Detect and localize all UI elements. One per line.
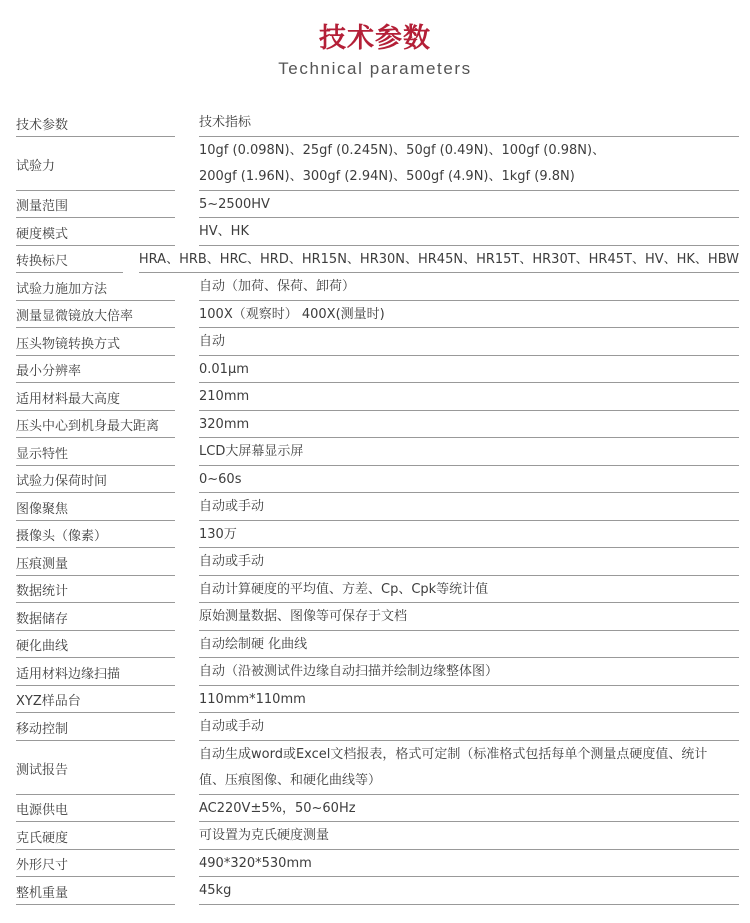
table-row: 适用材料边缘扫描自动（沿被测试件边缘自动扫描并绘制边缘整体图） [16,658,739,686]
param-value-line: HV、HK [199,219,739,245]
param-value: 45kg [199,877,739,905]
param-name: 硬化曲线 [16,631,175,659]
param-value: 110mm*110mm [199,686,739,714]
param-value: 210mm [199,383,739,411]
param-value: 自动或手动 [199,548,739,576]
table-row: 测量显微镜放大倍率100X（观察时） 400X(测量时) [16,301,739,329]
table-row: 移动控制自动或手动 [16,713,739,741]
param-value-line: 原始测量数据、图像等可保存于文档 [199,604,739,630]
param-name: 克氏硬度 [16,822,175,850]
param-value-line: AC220V±5%，50~60Hz [199,796,739,822]
page-title: 技术参数 [0,22,750,56]
table-row: 试验力10gf (0.098N)、25gf (0.245N)、50gf (0.4… [16,137,739,191]
table-row: 试验力施加方法自动（加荷、保荷、卸荷） [16,273,739,301]
page-header: 技术参数 Technical parameters [0,0,750,80]
table-row: 数据储存原始测量数据、图像等可保存于文档 [16,603,739,631]
param-value-line: 自动或手动 [199,494,739,520]
param-value: 5~2500HV [199,191,739,219]
table-row: 转换标尺HRA、HRB、HRC、HRD、HR15N、HR30N、HR45N、HR… [16,246,739,274]
table-row: 测试报告自动生成word或Excel文档报表，格式可定制（标准格式包括每单个测量… [16,741,739,795]
param-name: 适用材料最大高度 [16,383,175,411]
param-name: 转换标尺 [16,246,123,274]
param-value-line: 0.01μm [199,357,739,383]
param-name: 显示特性 [16,438,175,466]
param-value-line: 自动或手动 [199,714,739,740]
param-value-line: 可设置为克氏硬度测量 [199,823,739,849]
param-value-line: 自动或手动 [199,549,739,575]
param-value-line: 自动（沿被测试件边缘自动扫描并绘制边缘整体图） [199,659,739,685]
param-name: 整机重量 [16,877,175,905]
param-value-line: 自动 [199,329,739,355]
param-value: 自动 [199,328,739,356]
page-subtitle: Technical parameters [0,58,750,80]
table-row: 摄像头（像素）130万 [16,521,739,549]
param-value-line: HRA、HRB、HRC、HRD、HR15N、HR30N、HR45N、HR15T、… [139,247,739,273]
param-value-line: 45kg [199,878,739,904]
param-value-line: 自动（加荷、保荷、卸荷） [199,274,739,300]
param-value: HV、HK [199,218,739,246]
table-header-row: 技术参数 技术指标 [16,109,739,137]
param-name: 测量显微镜放大倍率 [16,301,175,329]
param-value-line: 值、压痕图像、和硬化曲线等） [199,768,739,794]
param-name: 压痕测量 [16,548,175,576]
param-value: 自动生成word或Excel文档报表，格式可定制（标准格式包括每单个测量点硬度值… [199,741,739,795]
param-value-line: 210mm [199,384,739,410]
table-row: 测量范围5~2500HV [16,191,739,219]
param-name: 图像聚焦 [16,493,175,521]
param-value: 130万 [199,521,739,549]
table-row: 显示特性LCD大屏幕显示屏 [16,438,739,466]
param-name: 测量范围 [16,191,175,219]
param-name: 数据储存 [16,603,175,631]
param-value-line: 110mm*110mm [199,687,739,713]
param-value-line: 自动绘制硬 化曲线 [199,632,739,658]
table-row: 电源供电AC220V±5%，50~60Hz [16,795,739,823]
column-header-spec: 技术指标 [199,109,739,137]
table-row: 压头中心到机身最大距离320mm [16,411,739,439]
param-name: 外形尺寸 [16,850,175,878]
param-name: 硬度模式 [16,218,175,246]
param-value-line: 100X（观察时） 400X(测量时) [199,302,739,328]
param-name: 试验力保荷时间 [16,466,175,494]
param-name: 数据统计 [16,576,175,604]
column-header-parameter: 技术参数 [16,109,175,137]
table-row: 图像聚焦自动或手动 [16,493,739,521]
param-value-line: 130万 [199,522,739,548]
table-row: 外形尺寸490*320*530mm [16,850,739,878]
param-name: 摄像头（像素） [16,521,175,549]
param-name: 压头中心到机身最大距离 [16,411,175,439]
table-row: 压痕测量自动或手动 [16,548,739,576]
param-name: 压头物镜转换方式 [16,328,175,356]
param-value-line: 0~60s [199,467,739,493]
param-value: HRA、HRB、HRC、HRD、HR15N、HR30N、HR45N、HR15T、… [139,246,739,274]
param-value-line: 200gf (1.96N)、300gf (2.94N)、500gf (4.9N)… [199,164,739,190]
param-name: 试验力 [16,137,175,191]
table-row: 硬度模式HV、HK [16,218,739,246]
param-value: 原始测量数据、图像等可保存于文档 [199,603,739,631]
param-name: 适用材料边缘扫描 [16,658,175,686]
param-value: 10gf (0.098N)、25gf (0.245N)、50gf (0.49N)… [199,137,739,191]
table-row: 克氏硬度可设置为克氏硬度测量 [16,822,739,850]
spec-table: 技术参数 技术指标 试验力10gf (0.098N)、25gf (0.245N)… [16,109,739,905]
param-value: 320mm [199,411,739,439]
param-value: 自动（沿被测试件边缘自动扫描并绘制边缘整体图） [199,658,739,686]
param-value: 自动或手动 [199,713,739,741]
table-row: 适用材料最大高度210mm [16,383,739,411]
param-value: 自动绘制硬 化曲线 [199,631,739,659]
table-row: 整机重量45kg [16,877,739,905]
param-value: LCD大屏幕显示屏 [199,438,739,466]
table-row: XYZ样品台110mm*110mm [16,686,739,714]
param-value-line: 自动生成word或Excel文档报表，格式可定制（标准格式包括每单个测量点硬度值… [199,742,739,768]
table-row: 压头物镜转换方式自动 [16,328,739,356]
param-value: 100X（观察时） 400X(测量时) [199,301,739,329]
param-value: 可设置为克氏硬度测量 [199,822,739,850]
param-name: 移动控制 [16,713,175,741]
param-value-line: 320mm [199,412,739,438]
param-value: 0.01μm [199,356,739,384]
param-name: XYZ样品台 [16,686,175,714]
table-row: 硬化曲线自动绘制硬 化曲线 [16,631,739,659]
param-value-line: 自动计算硬度的平均值、方差、Cp、Cpk等统计值 [199,577,739,603]
param-name: 试验力施加方法 [16,273,175,301]
table-row: 数据统计自动计算硬度的平均值、方差、Cp、Cpk等统计值 [16,576,739,604]
param-name: 最小分辨率 [16,356,175,384]
param-value-line: 5~2500HV [199,192,739,218]
param-name: 测试报告 [16,741,175,795]
table-row: 试验力保荷时间0~60s [16,466,739,494]
param-value: 自动计算硬度的平均值、方差、Cp、Cpk等统计值 [199,576,739,604]
param-name: 电源供电 [16,795,175,823]
param-value: 自动或手动 [199,493,739,521]
param-value-line: 490*320*530mm [199,851,739,877]
param-value-line: 10gf (0.098N)、25gf (0.245N)、50gf (0.49N)… [199,138,739,164]
param-value: 490*320*530mm [199,850,739,878]
param-value: AC220V±5%，50~60Hz [199,795,739,823]
param-value-line: LCD大屏幕显示屏 [199,439,739,465]
table-row: 最小分辨率0.01μm [16,356,739,384]
param-value: 自动（加荷、保荷、卸荷） [199,273,739,301]
param-value: 0~60s [199,466,739,494]
